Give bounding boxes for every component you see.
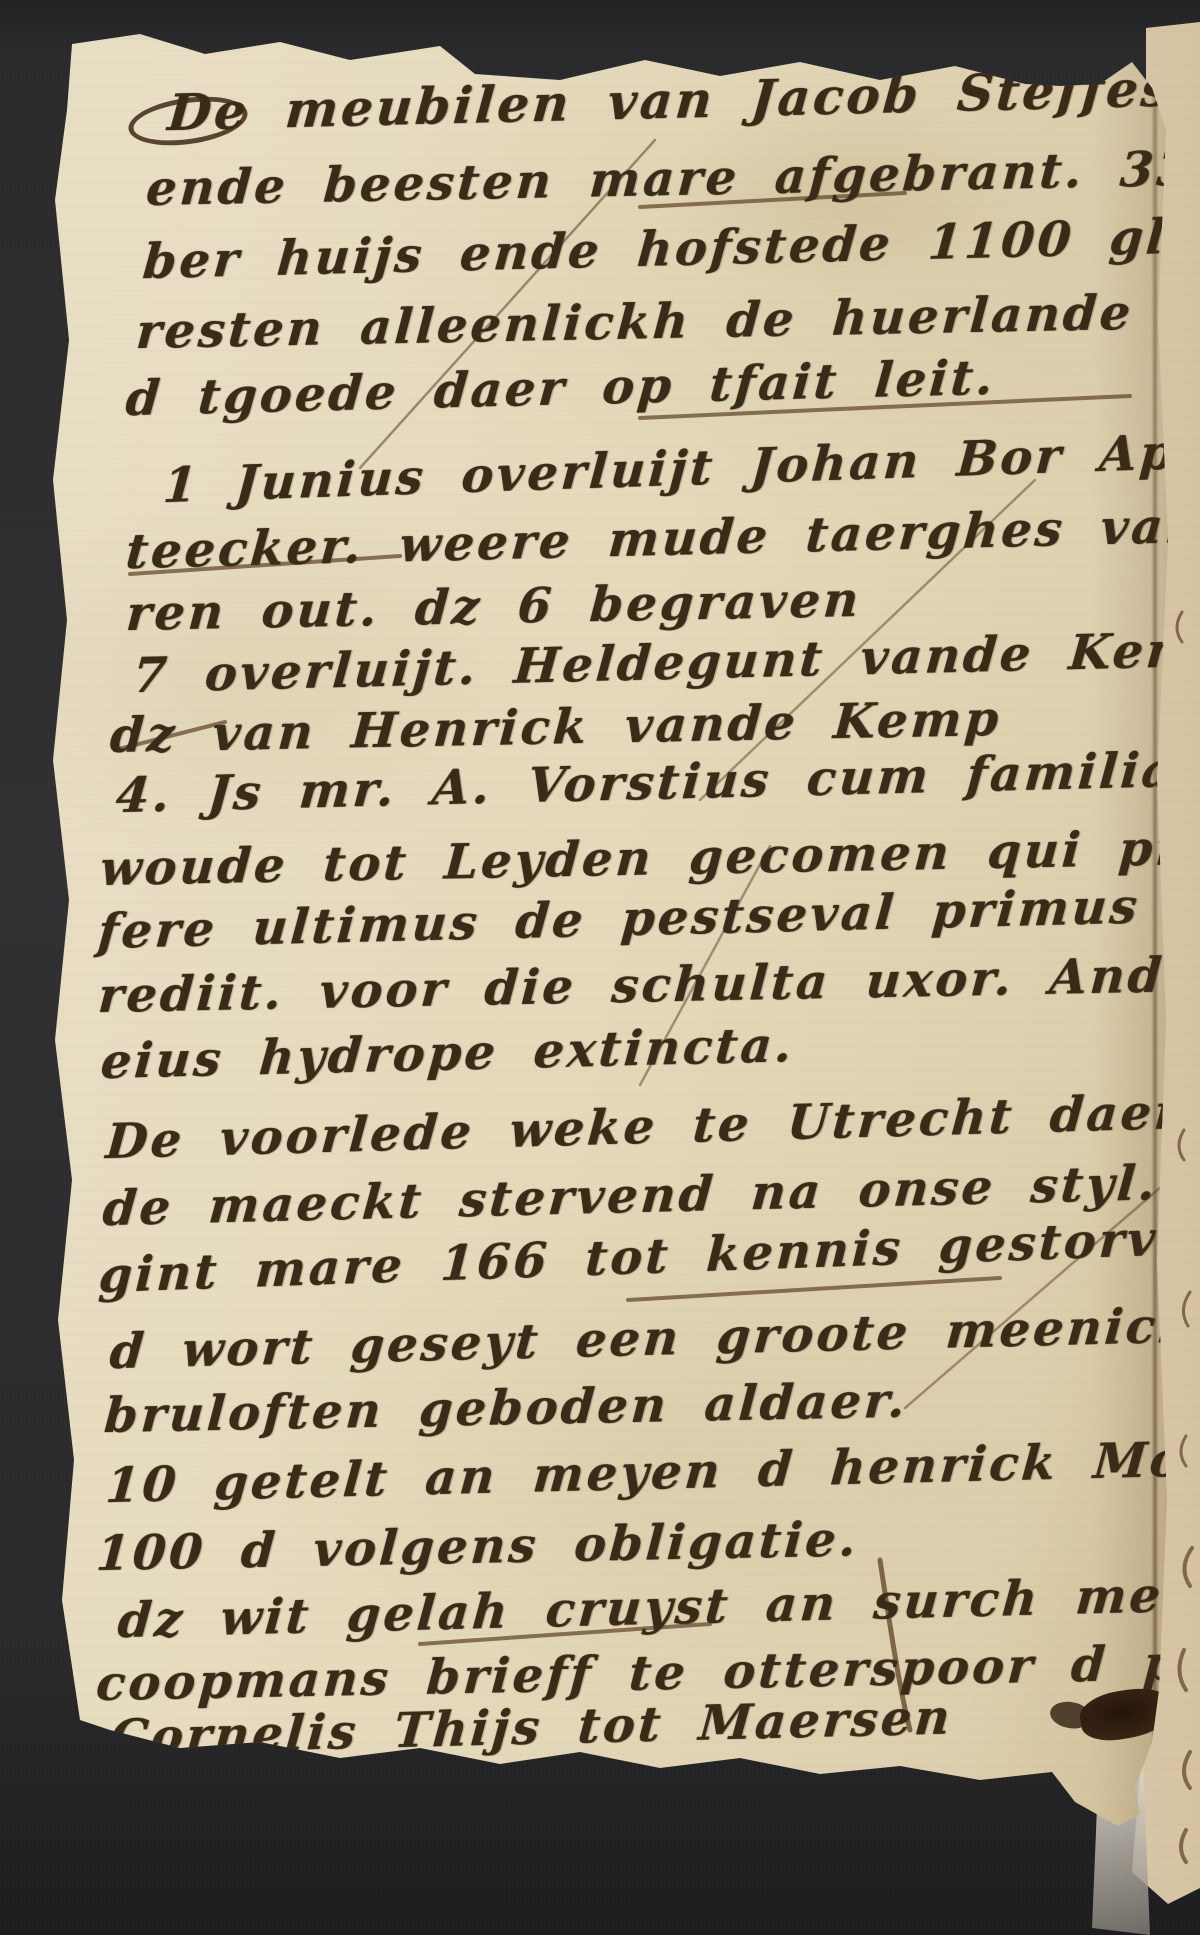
handwriting-line: De voorlede weke te Utrecht daer bbox=[104, 1088, 1184, 1166]
handwriting-line: bruloften geboden aldaer. bbox=[103, 1377, 910, 1440]
handwriting-line: d wort geseyt een groote meenichte bbox=[108, 1300, 1200, 1376]
manuscript-photo: De meubilen van Jacob Steffes ende beest… bbox=[0, 0, 1200, 1935]
handwriting-line: eius hydrope extincta. bbox=[99, 1021, 796, 1086]
handwriting-line: ber huijs ende hofstede 1100 gl bbox=[141, 213, 1169, 286]
handwriting-line: ende beesten mare afgebrant. 333: bbox=[145, 144, 1200, 213]
handwriting-line: rediit. voor die schulta uxor. Anders bbox=[97, 950, 1200, 1020]
handwriting-lines: De meubilen van Jacob Steffes ende beest… bbox=[0, 0, 1200, 1935]
handwriting-line: ren out. dz 6 begraven bbox=[125, 576, 863, 638]
handwriting-line: De meubilen van Jacob Steffes bbox=[166, 63, 1174, 138]
handwriting-line: teecker. weere mude taerghes var- bbox=[124, 501, 1200, 576]
handwriting-line: dz wit gelah cruyst an surch me bbox=[116, 1571, 1165, 1645]
handwriting-line: 10 getelt an meyen d henrick Momb bbox=[104, 1433, 1200, 1510]
manuscript-page: De meubilen van Jacob Steffes ende beest… bbox=[0, 0, 1200, 1935]
handwriting-line: 1 Junius overluijt Johan Bor Apo- bbox=[162, 426, 1200, 510]
handwriting-line: 100 d volgens obligatie. bbox=[95, 1515, 861, 1578]
handwriting-line: resten alleenlickh de huerlande bbox=[135, 289, 1135, 356]
handwriting-line: d tgoede daer op tfait leit. bbox=[124, 354, 997, 423]
